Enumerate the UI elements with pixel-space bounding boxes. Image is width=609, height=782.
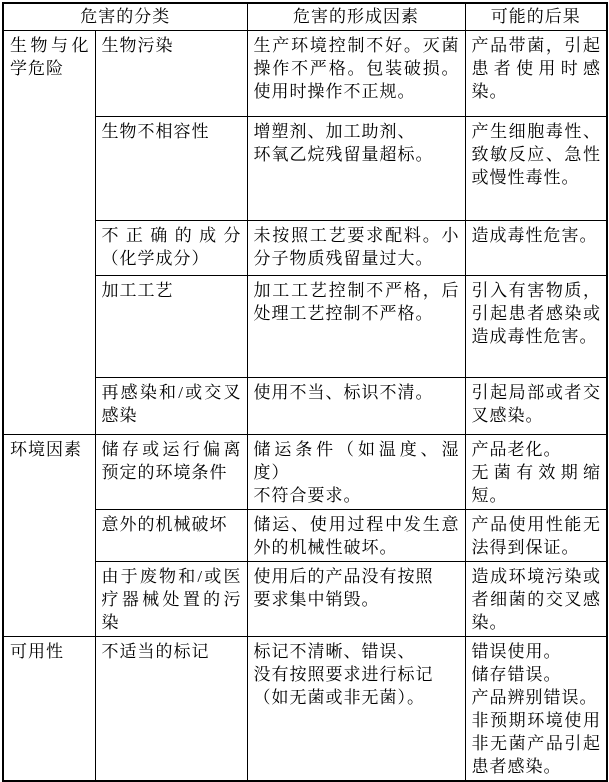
- category-cell: 意外的机械破坏: [95, 509, 247, 561]
- factors-cell: 使用不当、标识不清。: [247, 377, 465, 434]
- consequences-cell: 引入有害物质，引起患者感染或造成毒性危害。: [465, 275, 607, 377]
- group-cell-bio-chemical-hazard: 生物与化学危险: [3, 30, 95, 434]
- consequences-cell: 造成环境污染或者细菌的交叉感染。: [465, 561, 607, 636]
- table-row: 生物与化学危险 生物污染 生产环境控制不好。灭菌操作不严格。包装破损。使用时操作…: [3, 30, 607, 116]
- table-row: 可用性 不适当的标记 标记不清晰、错误、 没有按照要求进行标记 （如无菌或非无菌…: [3, 636, 607, 781]
- category-cell: 再感染和/或交叉感染: [95, 377, 247, 434]
- consequences-cell: 错误使用。 储存错误。 产品辨别错误。 非预期环境使用非无菌产品引起患者感染。: [465, 636, 607, 781]
- factors-cell: 未按照工艺要求配料。小分子物质残留量过大。: [247, 220, 465, 275]
- factors-cell: 储运、使用过程中发生意外的机械性破坏。: [247, 509, 465, 561]
- group-cell-usability: 可用性: [3, 636, 95, 781]
- category-cell: 生物污染: [95, 30, 247, 116]
- category-cell: 不适当的标记: [95, 636, 247, 781]
- header-possible-consequences: 可能的后果: [465, 3, 607, 30]
- header-formation-factors: 危害的形成因素: [247, 3, 465, 30]
- consequences-cell: 造成毒性危害。: [465, 220, 607, 275]
- category-cell: 储存或运行偏离预定的环境条件: [95, 434, 247, 509]
- consequences-cell: 产品老化。 无菌有效期缩短。: [465, 434, 607, 509]
- group-cell-environmental-factors: 环境因素: [3, 434, 95, 636]
- category-cell: 由于废物和/或医疗器械处置的污染: [95, 561, 247, 636]
- consequences-cell: 产品带菌，引起患者使用时感染。: [465, 30, 607, 116]
- consequences-cell: 产生细胞毒性、致敏反应、急性或慢性毒性。: [465, 116, 607, 220]
- factors-cell: 标记不清晰、错误、 没有按照要求进行标记 （如无菌或非无菌）。: [247, 636, 465, 781]
- category-cell: 不正确的成分（化学成分）: [95, 220, 247, 275]
- header-hazard-classification: 危害的分类: [3, 3, 247, 30]
- factors-cell: 生产环境控制不好。灭菌操作不严格。包装破损。使用时操作不正规。: [247, 30, 465, 116]
- consequences-cell: 产品使用性能无法得到保证。: [465, 509, 607, 561]
- factors-cell: 加工工艺控制不严格，后处理工艺控制不严格。: [247, 275, 465, 377]
- factors-cell: 使用后的产品没有按照 要求集中销毁。: [247, 561, 465, 636]
- category-cell: 加工工艺: [95, 275, 247, 377]
- table-row: 环境因素 储存或运行偏离预定的环境条件 储运条件（如温度、湿度） 不符合要求。 …: [3, 434, 607, 509]
- category-cell: 生物不相容性: [95, 116, 247, 220]
- header-row: 危害的分类 危害的形成因素 可能的后果: [3, 3, 607, 30]
- factors-cell: 增塑剂、加工助剂、 环氧乙烷残留量超标。: [247, 116, 465, 220]
- hazard-analysis-table: 危害的分类 危害的形成因素 可能的后果 生物与化学危险 生物污染 生产环境控制不…: [2, 2, 608, 782]
- consequences-cell: 引起局部或者交叉感染。: [465, 377, 607, 434]
- document-page: 危害的分类 危害的形成因素 可能的后果 生物与化学危险 生物污染 生产环境控制不…: [0, 0, 609, 760]
- factors-cell: 储运条件（如温度、湿度） 不符合要求。: [247, 434, 465, 509]
